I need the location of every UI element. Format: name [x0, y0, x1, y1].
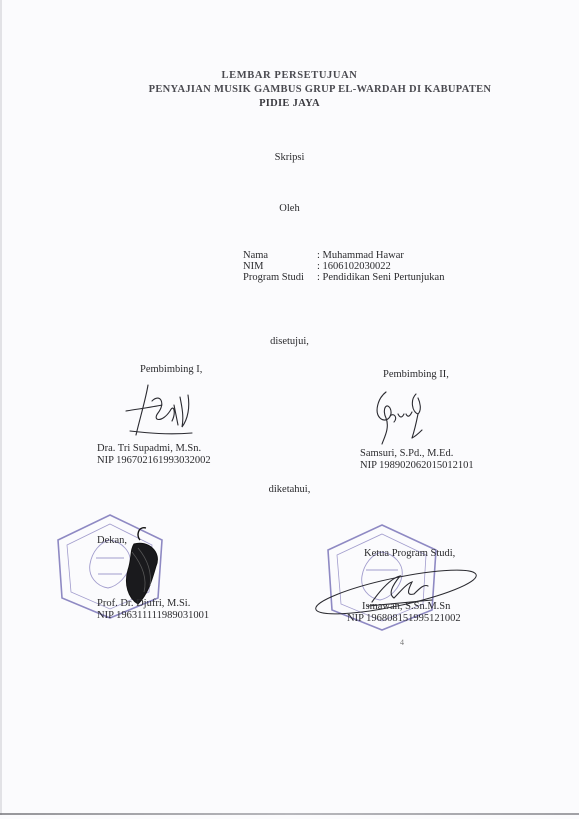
by-label: Oleh	[0, 203, 579, 214]
supervisor-1-name: Dra. Tri Supadmi, M.Sn.	[97, 443, 201, 454]
signature-dean-icon	[118, 522, 168, 608]
signature-2-icon	[372, 388, 432, 446]
dean-name: Prof. Dr. Djufri, M.Si.	[97, 598, 190, 609]
supervisor-2-nip: NIP 198902062015012101	[360, 460, 474, 471]
signature-1-icon	[118, 383, 198, 443]
program-head-nip: NIP 196808151995121002	[347, 613, 461, 624]
page-edge	[0, 0, 2, 815]
page-number: 4	[400, 638, 404, 647]
approved-label: disetujui,	[0, 336, 579, 347]
program-head-role: Ketua Program Studi,	[364, 548, 455, 559]
author-name-label: Nama	[243, 250, 268, 261]
dean-nip: NIP 196311111989031001	[97, 610, 209, 621]
acknowledged-label: diketahui,	[0, 484, 579, 495]
author-program-value: : Pendidikan Seni Pertunjukan	[317, 272, 444, 283]
author-nim-label: NIM	[243, 261, 263, 272]
document-type: Skripsi	[0, 152, 579, 163]
supervisor-2-role: Pembimbing II,	[383, 369, 449, 380]
document-heading: LEMBAR PERSETUJUAN	[0, 70, 579, 81]
author-nim-value: : 1606102030022	[317, 261, 391, 272]
supervisor-2-name: Samsuri, S.Pd., M.Ed.	[360, 448, 453, 459]
document-title-line-1: PENYAJIAN MUSIK GAMBUS GRUP EL-WARDAH DI…	[0, 84, 579, 95]
supervisor-1-role: Pembimbing I,	[140, 364, 202, 375]
page-edge-bottom	[0, 813, 579, 815]
program-head-name: Ismawan, S.Sn.M.Sn	[362, 601, 450, 612]
document-title-line-2: PIDIE JAYA	[0, 98, 579, 109]
author-program-label: Program Studi	[243, 272, 304, 283]
supervisor-1-nip: NIP 196702161993032002	[97, 455, 211, 466]
author-name-value: : Muhammad Hawar	[317, 250, 404, 261]
